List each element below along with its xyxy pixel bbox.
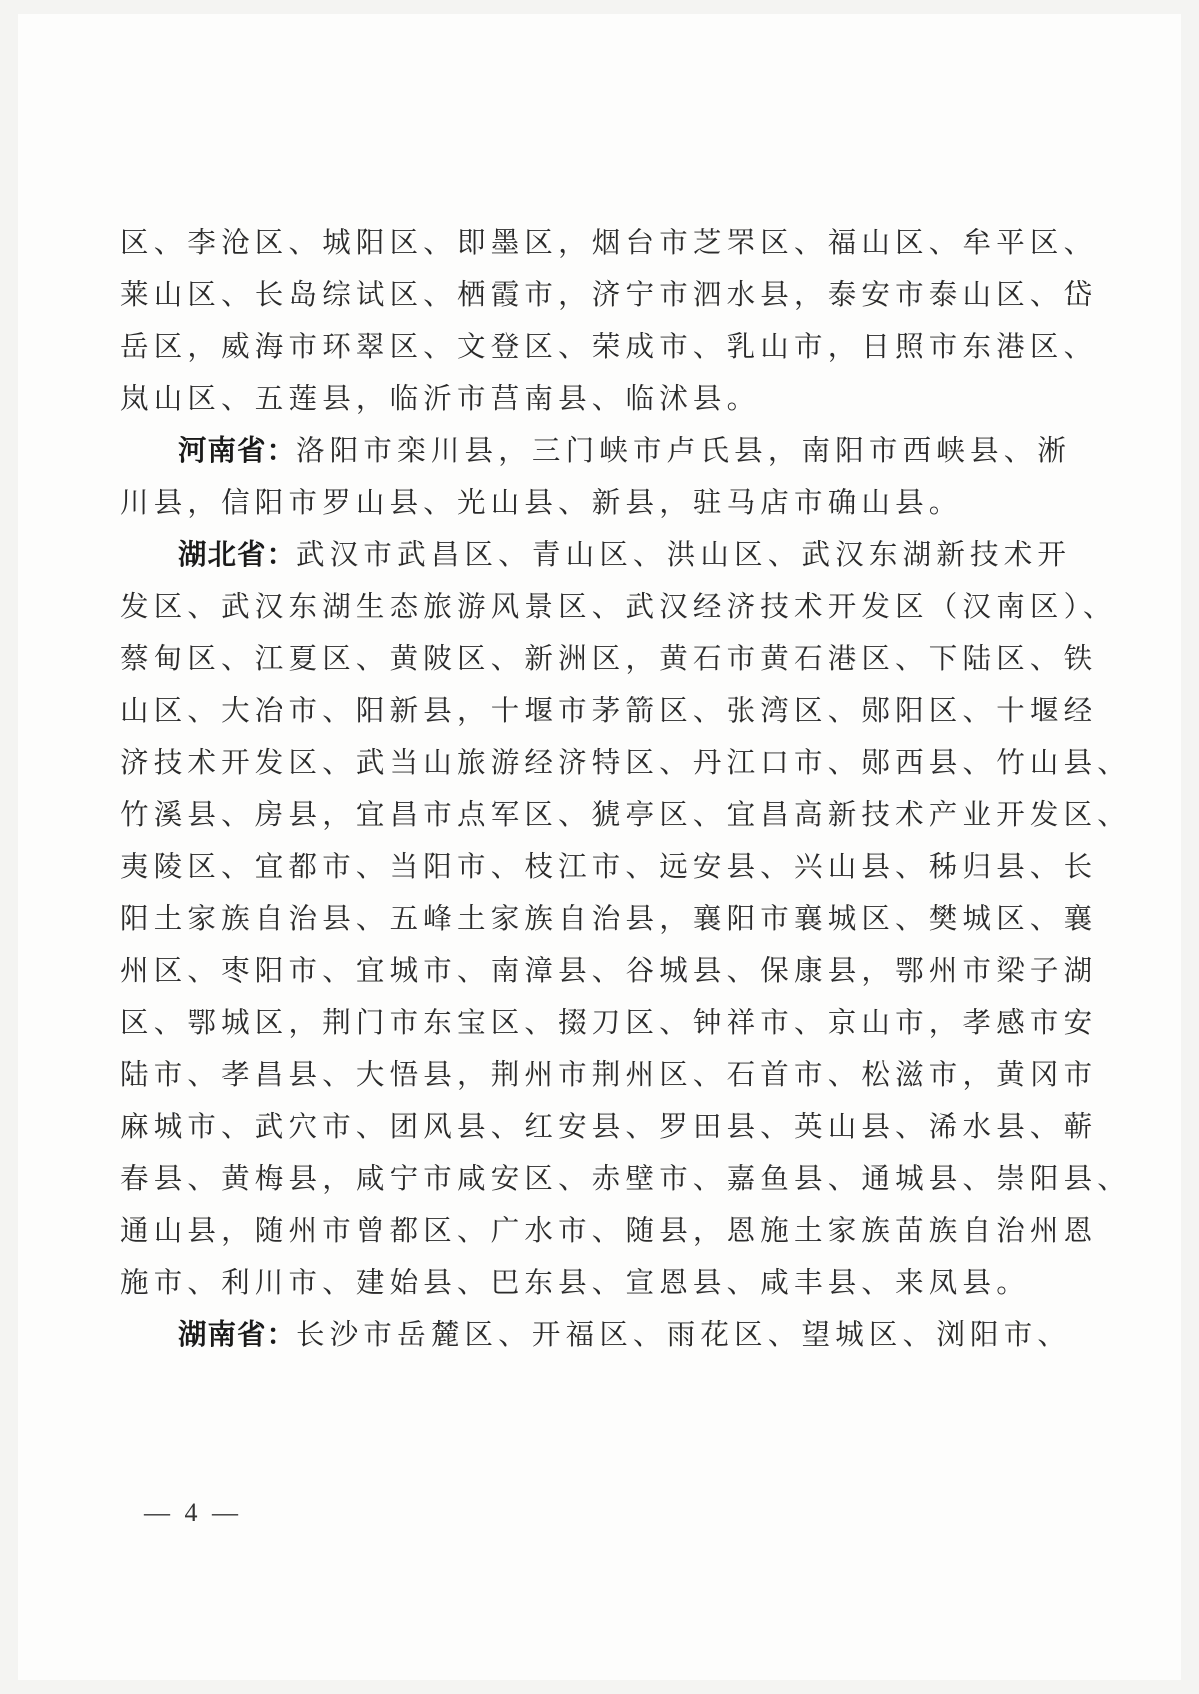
line-text: 山区、大冶市、阳新县，十堰市茅箭区、张湾区、郧阳区、十堰经	[120, 694, 1097, 727]
line-text: 施市、利川市、建始县、巴东县、宣恩县、咸丰县、来凤县。	[120, 1266, 1030, 1299]
paragraph-hubei: 湖北省：武汉市武昌区、青山区、洪山区、武汉东湖新技术开	[178, 529, 968, 581]
text-line: 州区、枣阳市、宜城市、南漳县、谷城县、保康县，鄂州市梁子湖	[120, 945, 950, 997]
line-text: 通山县，随州市曾都区、广水市、随县，恩施土家族苗族自治州恩	[120, 1214, 1097, 1247]
text-line: 竹溪县、房县，宜昌市点军区、猇亭区、宜昌高新技术产业开发区、	[120, 789, 950, 841]
paragraph-hunan: 湖南省：长沙市岳麓区、开福区、雨花区、望城区、浏阳市、	[178, 1309, 968, 1361]
text-line: 莱山区、长岛综试区、栖霞市，济宁市泗水县，泰安市泰山区、岱	[120, 269, 950, 321]
text-line: 阳土家族自治县、五峰土家族自治县，襄阳市襄城区、樊城区、襄	[120, 893, 950, 945]
line-text: 长沙市岳麓区、开福区、雨花区、望城区、浏阳市、	[296, 1318, 1071, 1351]
line-text: 武汉市武昌区、青山区、洪山区、武汉东湖新技术开	[296, 538, 1071, 571]
line-text: 区、李沧区、城阳区、即墨区，烟台市芝罘区、福山区、牟平区、	[120, 226, 1097, 259]
line-text: 竹溪县、房县，宜昌市点军区、猇亭区、宜昌高新技术产业开发区、	[120, 798, 1131, 831]
paragraph-henan: 河南省：洛阳市栾川县，三门峡市卢氏县，南阳市西峡县、淅	[178, 425, 968, 477]
line-text: 莱山区、长岛综试区、栖霞市，济宁市泗水县，泰安市泰山区、岱	[120, 278, 1097, 311]
province-heading: 湖南省：	[178, 1318, 296, 1351]
line-text: 区、鄂城区，荆门市东宝区、掇刀区、钟祥市、京山市，孝感市安	[120, 1006, 1097, 1039]
page-number: — 4 —	[144, 1498, 242, 1528]
text-line: 川县，信阳市罗山县、光山县、新县，驻马店市确山县。	[120, 477, 950, 529]
province-heading: 湖北省：	[178, 538, 296, 571]
text-line: 麻城市、武穴市、团风县、红安县、罗田县、英山县、浠水县、蕲	[120, 1101, 950, 1153]
text-line: 夷陵区、宜都市、当阳市、枝江市、远安县、兴山县、秭归县、长	[120, 841, 950, 893]
line-text: 川县，信阳市罗山县、光山县、新县，驻马店市确山县。	[120, 486, 963, 519]
text-line: 济技术开发区、武当山旅游经济特区、丹江口市、郧西县、竹山县、	[120, 737, 950, 789]
line-text: 麻城市、武穴市、团风县、红安县、罗田县、英山县、浠水县、蕲	[120, 1110, 1097, 1143]
text-line: 施市、利川市、建始县、巴东县、宣恩县、咸丰县、来凤县。	[120, 1257, 950, 1309]
text-line: 蔡甸区、江夏区、黄陂区、新洲区，黄石市黄石港区、下陆区、铁	[120, 633, 950, 685]
text-line: 区、鄂城区，荆门市东宝区、掇刀区、钟祥市、京山市，孝感市安	[120, 997, 950, 1049]
text-line: 区、李沧区、城阳区、即墨区，烟台市芝罘区、福山区、牟平区、	[120, 217, 950, 269]
text-line: 山区、大冶市、阳新县，十堰市茅箭区、张湾区、郧阳区、十堰经	[120, 685, 950, 737]
text-line: 通山县，随州市曾都区、广水市、随县，恩施土家族苗族自治州恩	[120, 1205, 950, 1257]
text-line: 岳区，威海市环翠区、文登区、荣成市、乳山市，日照市东港区、	[120, 321, 950, 373]
line-text: 岳区，威海市环翠区、文登区、荣成市、乳山市，日照市东港区、	[120, 330, 1097, 363]
line-text: 陆市、孝昌县、大悟县，荆州市荆州区、石首市、松滋市，黄冈市	[120, 1058, 1097, 1091]
line-text: 阳土家族自治县、五峰土家族自治县，襄阳市襄城区、樊城区、襄	[120, 902, 1097, 935]
line-text: 洛阳市栾川县，三门峡市卢氏县，南阳市西峡县、淅	[296, 434, 1071, 467]
document-page: 区、李沧区、城阳区、即墨区，烟台市芝罘区、福山区、牟平区、 莱山区、长岛综试区、…	[18, 14, 1181, 1680]
text-line: 发区、武汉东湖生态旅游风景区、武汉经济技术开发区（汉南区）、	[120, 581, 950, 633]
line-text: 济技术开发区、武当山旅游经济特区、丹江口市、郧西县、竹山县、	[120, 746, 1131, 779]
line-text: 夷陵区、宜都市、当阳市、枝江市、远安县、兴山县、秭归县、长	[120, 850, 1097, 883]
line-text: 岚山区、五莲县，临沂市莒南县、临沭县。	[120, 382, 760, 415]
line-text: 春县、黄梅县，咸宁市咸安区、赤壁市、嘉鱼县、通城县、崇阳县、	[120, 1162, 1131, 1195]
line-text: 蔡甸区、江夏区、黄陂区、新洲区，黄石市黄石港区、下陆区、铁	[120, 642, 1097, 675]
text-line: 春县、黄梅县，咸宁市咸安区、赤壁市、嘉鱼县、通城县、崇阳县、	[120, 1153, 950, 1205]
text-line: 岚山区、五莲县，临沂市莒南县、临沭县。	[120, 373, 950, 425]
province-heading: 河南省：	[178, 434, 296, 467]
line-text: 发区、武汉东湖生态旅游风景区、武汉经济技术开发区（汉南区）、	[120, 590, 1117, 623]
text-line: 陆市、孝昌县、大悟县，荆州市荆州区、石首市、松滋市，黄冈市	[120, 1049, 950, 1101]
line-text: 州区、枣阳市、宜城市、南漳县、谷城县、保康县，鄂州市梁子湖	[120, 954, 1097, 987]
